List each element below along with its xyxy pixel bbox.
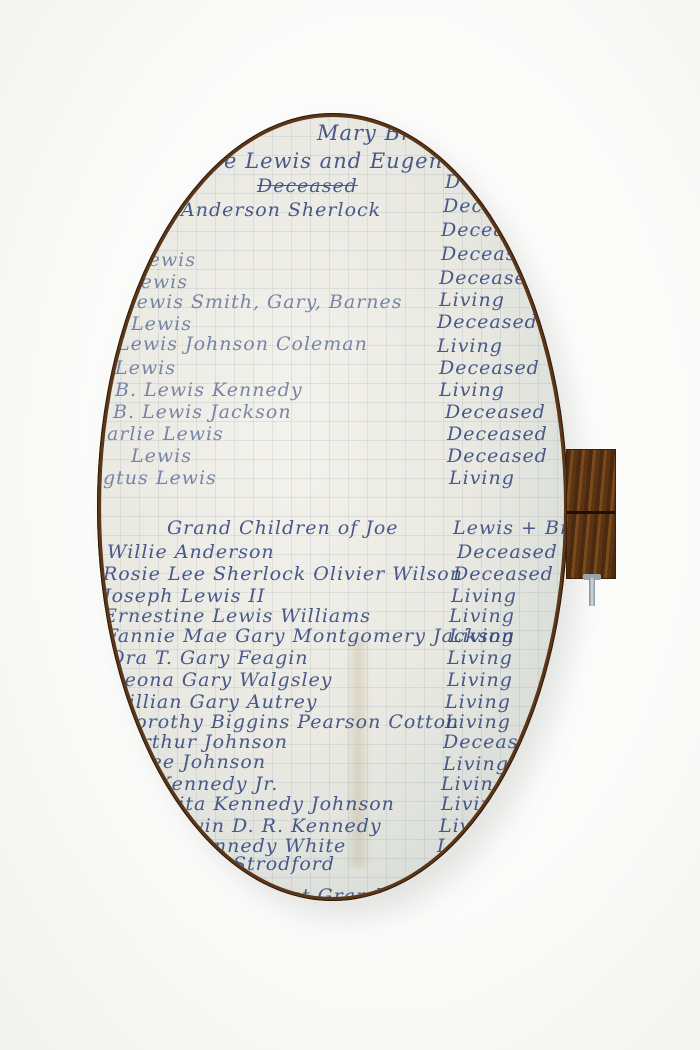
name-line: Kennedy Jr. — [157, 773, 278, 795]
status-line: Deceased — [441, 243, 542, 265]
name-line: Mary Brown — [317, 121, 459, 145]
name-line: Deceased — [257, 175, 358, 197]
name-line: Joseph Lewis II — [103, 585, 266, 607]
status-line: Living — [445, 691, 511, 713]
status-line: Living — [451, 585, 517, 607]
name-line: B. Lewis Jackson — [113, 401, 292, 423]
status-line: Living — [443, 753, 509, 775]
name-line: Lewis Johnson Coleman — [117, 333, 368, 355]
status-line: Deceased — [453, 563, 554, 585]
handwritten-grid-paper: Mary Brown Joe Lewis and Eugen Deceased … — [101, 117, 564, 897]
status-line: Deceased — [445, 401, 546, 423]
name-line: Lillian Gary Autrey — [115, 691, 318, 713]
name-line: Ernestine Lewis Williams — [103, 605, 371, 627]
status-line: Living — [439, 379, 505, 401]
name-line: Arthur Johnson — [127, 731, 288, 753]
name-line: gtus Lewis — [103, 467, 217, 489]
status-line: D — [445, 171, 461, 193]
name-line: Lewis — [131, 313, 192, 335]
name-line: Lewis — [135, 249, 196, 271]
status-line: Deceased — [439, 267, 540, 289]
status-line: Living — [445, 711, 511, 733]
status-line: Deceased — [441, 219, 542, 241]
status-line: Living — [441, 793, 507, 815]
name-line: Leona Gary Walgsley — [111, 669, 333, 691]
name-line: Lee Johnson — [137, 751, 266, 773]
name-line: Lewis — [131, 445, 192, 467]
status-line: Deceased — [457, 541, 558, 563]
status-line: Living — [447, 669, 513, 691]
status-line: Living — [439, 815, 505, 837]
name-line: Lewis Smith, Gary, Barnes — [123, 291, 403, 313]
name-line: Anderson Sherlock — [181, 199, 381, 221]
status-line: Deceased — [447, 423, 548, 445]
name-line: Willie Anderson — [107, 541, 275, 563]
name-line: Elvin D. R. Kennedy — [171, 815, 382, 837]
name-line: Lewis — [127, 271, 188, 293]
tension-screw-icon — [589, 578, 595, 606]
status-line: Living — [439, 289, 505, 311]
oval-embroidery-hoop: Mary Brown Joe Lewis and Eugen Deceased … — [97, 113, 568, 901]
section-heading: Great Grandchil — [251, 885, 422, 897]
name-line: B. Lewis Kennedy — [115, 379, 303, 401]
status-line: Living — [449, 467, 515, 489]
status-line: Deceased — [439, 357, 540, 379]
status-line: Deceased — [437, 311, 538, 333]
clamp-split-line — [567, 511, 615, 514]
section-heading: Grand Children of Joe — [167, 517, 399, 539]
name-line: Ora T. Gary Feagin — [109, 647, 309, 669]
status-line: Living — [437, 335, 503, 357]
status-line: Living — [449, 625, 515, 647]
name-line: Dorothy Biggins Pearson Cotton — [119, 711, 459, 733]
wooden-hoop-clamp — [566, 449, 616, 579]
status-line: Deceased — [443, 731, 544, 753]
status-line: Living — [449, 605, 515, 627]
name-line: Joe Lewis and Eugen — [201, 149, 443, 173]
name-line: Rita Kennedy Johnson — [163, 793, 395, 815]
status-line: Living — [441, 773, 507, 795]
status-line: Deceased — [447, 445, 548, 467]
name-line: Lewis — [115, 357, 176, 379]
name-line: Rosie Lee Sherlock Olivier Wilson — [103, 563, 463, 585]
name-line: arlie Lewis — [107, 423, 224, 445]
status-line: Living — [437, 835, 503, 857]
status-line: Deceased — [443, 195, 544, 217]
status-line: Lewis + Br — [453, 517, 564, 539]
name-line: Strodford — [233, 853, 335, 875]
status-line: Living — [447, 647, 513, 669]
